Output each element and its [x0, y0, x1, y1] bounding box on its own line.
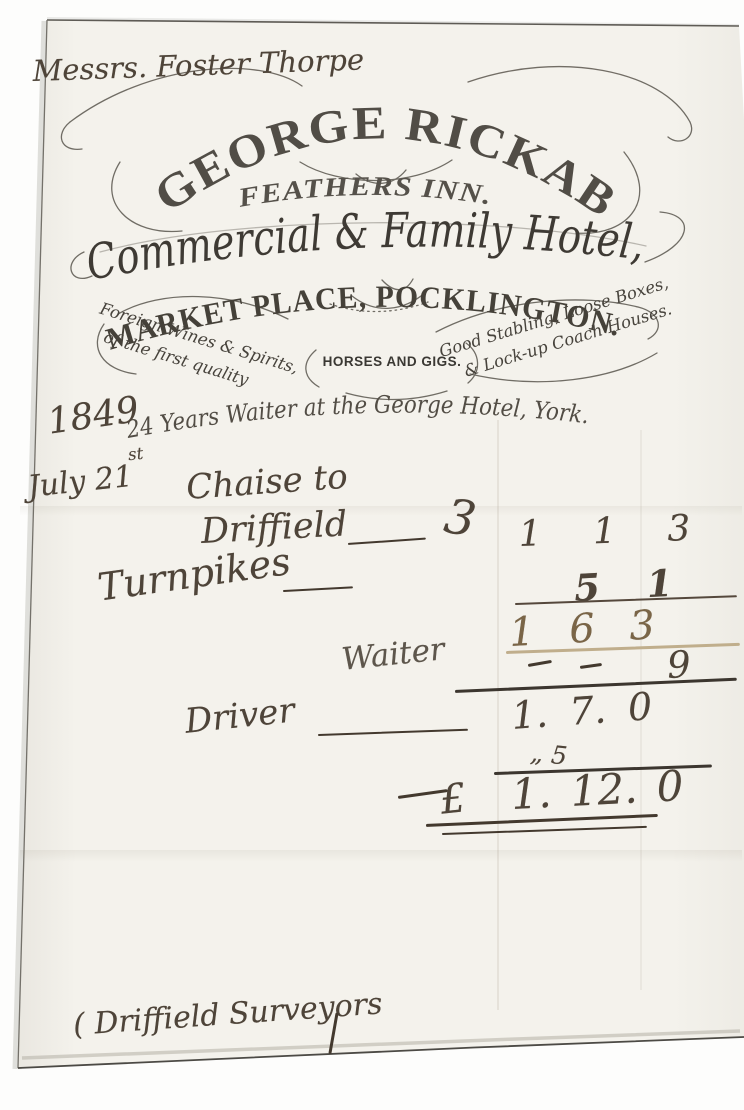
establishment-arc-text: FEATHERS INN.: [235, 171, 495, 213]
total-amount: 1. 12. 0: [510, 761, 685, 819]
ditto-dash: [283, 586, 353, 592]
credential-line: 24 Years Waiter at the George Hotel, Yor…: [123, 391, 590, 445]
vertical-fold-crease: [497, 420, 499, 1010]
billhead-engraving: GEORGE RICKABY, FEATHERS INN. Commercial…: [0, 0, 744, 1110]
item-turnpikes: Turnpikes: [95, 539, 293, 610]
year-annotation: 1849: [45, 389, 141, 442]
credential-arc-text: 24 Years Waiter at the George Hotel, Yor…: [123, 391, 590, 445]
amount-turnpikes: 5 1: [573, 561, 674, 610]
paper-left-edge: [18, 20, 47, 1068]
brace-flourish: 3: [440, 488, 480, 548]
entry-date: July 21st: [26, 457, 150, 504]
tagline-arc-text: Commercial & Family Hotel,: [82, 203, 648, 292]
amount-chaise: 1 1 3: [518, 508, 691, 555]
paper-bottom-edge: [18, 1037, 744, 1068]
ditto-dash: [318, 729, 468, 736]
item-waiter: Waiter: [340, 631, 446, 678]
entry-date-text: July 21: [26, 459, 135, 505]
horses-and-gigs-note: HORSES AND GIGS.: [316, 354, 468, 369]
proprietor-name: GEORGE RICKABY,: [0, 0, 627, 228]
ditto-dash: [348, 538, 426, 545]
proprietor-arc-text: GEORGE RICKABY,: [0, 0, 627, 228]
establishment-name: FEATHERS INN.: [235, 171, 495, 213]
amount-driver-correction: „ 5: [529, 738, 569, 771]
ditto-dash-pounds: [528, 660, 552, 667]
total-currency-symbol: £: [438, 775, 468, 823]
right-services-note: Good Stabling, Loose Boxes, & Lock-up Co…: [436, 270, 679, 389]
paper-top-edge: [47, 20, 739, 26]
paper-edge-shadow: [17, 21, 46, 1069]
item-driver: Driver: [183, 691, 297, 742]
item-chaise-line1: Chaise to: [185, 457, 349, 508]
total-underline-second: [442, 826, 647, 835]
addressee-line: Messrs. Foster Thorpe: [32, 42, 365, 88]
left-services-note: Foreign Wines & Spirits, of the first qu…: [89, 296, 302, 406]
horizontal-fold-crease: [20, 850, 742, 862]
amount-driver: 1. 7. 0: [510, 684, 654, 738]
entry-date-suffix: st: [127, 444, 144, 464]
paper-top-shadow: [47, 20, 739, 27]
ditto-dash-shillings: [580, 663, 602, 669]
hotel-tagline: Commercial & Family Hotel,: [82, 203, 648, 292]
scanned-billhead: GEORGE RICKABY, FEATHERS INN. Commercial…: [0, 0, 744, 1110]
